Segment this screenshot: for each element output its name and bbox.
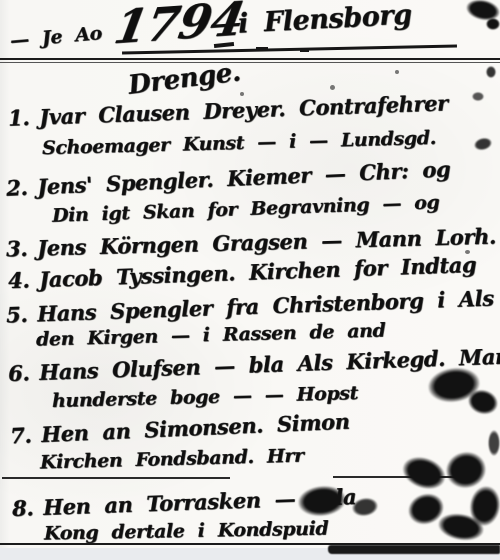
ink-dash: [300, 49, 309, 52]
date-place: i Flensborg: [237, 0, 412, 40]
entry-1-line-2: Schoemager Kunst — i — Lundsgd.: [42, 127, 436, 159]
entry-1-number: 1.: [8, 105, 30, 131]
date-prefix: — Je Ao: [9, 22, 103, 52]
ink-speck: [330, 85, 335, 90]
entry-5-number: 5.: [6, 302, 28, 328]
entry-3-number: 3.: [6, 236, 28, 262]
entry-1-line-1: 1.Jvar Clausen Dreyer. Contrafehrer: [8, 90, 448, 130]
ink-blot: [486, 18, 500, 30]
ink-blot: [297, 484, 348, 519]
ink-speck: [395, 70, 399, 74]
section-heading: Drenge.: [127, 57, 242, 101]
entry-7-text: Hen an Simonsen. Simon: [41, 409, 350, 447]
entry-7-number: 7.: [10, 422, 32, 448]
ink-blot: [472, 92, 484, 101]
ink-speck: [465, 250, 470, 254]
entry-2-line-2: Din igt Skan for Begravning — og: [52, 191, 440, 227]
ink-dash: [214, 42, 234, 48]
ink-blot: [486, 66, 496, 78]
entry-2-number: 2.: [6, 175, 28, 201]
entry-7-line-2: Kirchen Fondsband. Hrr: [40, 445, 304, 474]
ink-blot: [473, 136, 493, 152]
entry-7-line-1: 7.Hen an Simonsen. Simon: [10, 409, 350, 449]
ink-blot: [465, 386, 500, 417]
manuscript-page: — Je Ao 1794 i Flensborg Drenge. 1.Jvar …: [0, 0, 500, 560]
top-rule: [0, 58, 500, 60]
ink-speck: [240, 92, 244, 96]
ink-blot: [351, 496, 380, 518]
entry-8-line-2: Kong dertale i Kondspuid: [44, 518, 329, 545]
bottom-ink-band: [328, 545, 500, 554]
entry-5-text: Hans Spengler fra Christenborg i Als: [37, 285, 494, 326]
ink-dash: [256, 47, 268, 51]
ink-blot: [488, 430, 500, 456]
entry-4-number: 4.: [8, 267, 30, 293]
entry-6-line-2: hunderste boge — — Hopst: [52, 382, 358, 412]
entry-6-number: 6.: [8, 360, 30, 386]
mid-rule-left: [2, 477, 230, 479]
entry-5-line-1: 5.Hans Spengler fra Christenborg i Als: [6, 285, 494, 327]
top-rule-secondary: [0, 62, 500, 63]
entry-8-number: 8.: [12, 495, 34, 521]
entry-1-text: Jvar Clausen Dreyer. Contrafehrer: [39, 90, 448, 129]
